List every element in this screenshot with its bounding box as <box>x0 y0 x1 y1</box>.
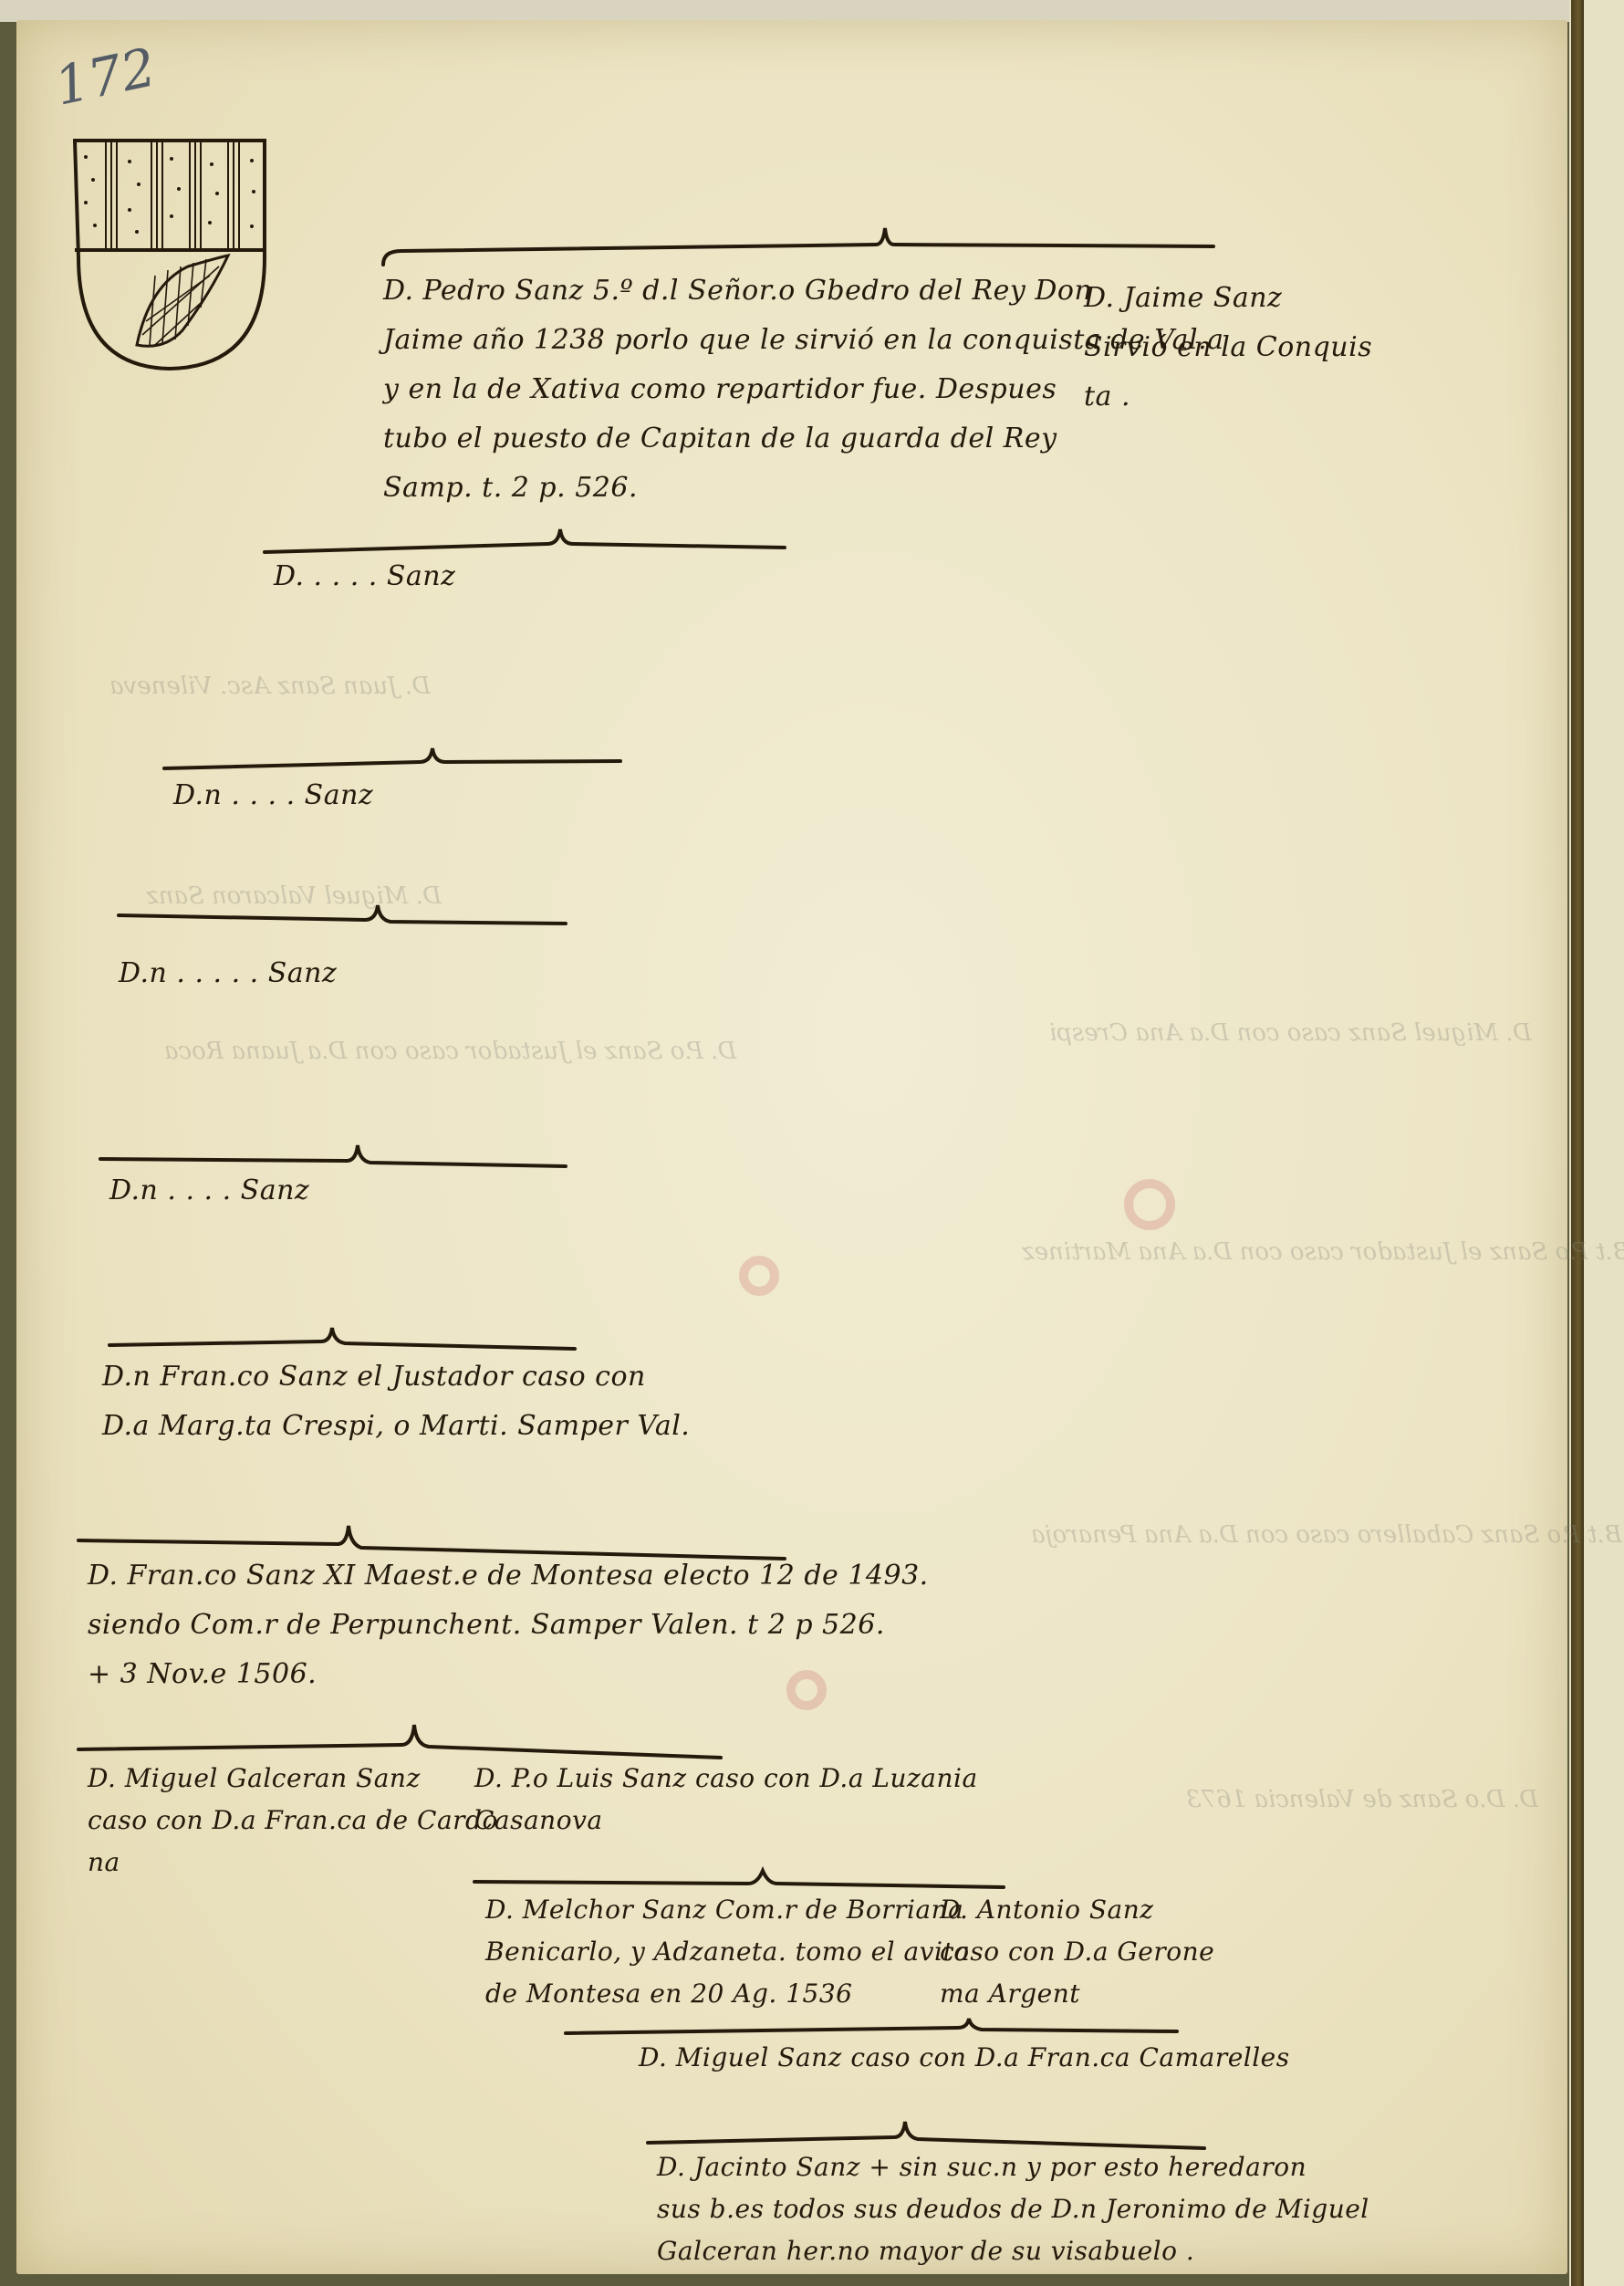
entry-jaime-sanz: D. Jaime SanzSirvió en la Conquista . <box>1084 274 1372 422</box>
entry-antonio: D. Antonio Sanzcaso con D.a Geronema Arg… <box>940 1889 1214 2015</box>
entry-melchor: D. Melchor Sanz Com.r de BorrianaBenicar… <box>485 1889 970 2015</box>
entry-miguel-camarelles: D. Miguel Sanz caso con D.a Fran.ca Cama… <box>639 2037 1290 2079</box>
entry-pedro-luis: D. P.o Luis Sanz caso con D.a LuzaniaCas… <box>474 1758 978 1842</box>
entry-jacinto: D. Jacinto Sanz + sin suc.n y por esto h… <box>657 2146 1369 2272</box>
red-stain <box>739 1256 779 1296</box>
bleed-through-text: D. D.o Sanz de Valencia 1673 <box>1186 1780 1538 1820</box>
bleed-through-text: D. Miguel Sanz caso con D.a Ana Crespi <box>1049 1013 1532 1053</box>
bleed-through-text: D. Juan Sanz Asc. Vileneva <box>109 666 431 706</box>
bleed-through-text: D. B.t P.o Sanz el Justador caso con D.a… <box>1022 1232 1624 1272</box>
entry-generation-4: D.n . . . . . Sanz <box>119 949 337 998</box>
entry-francisco-montesa: D. Fran.co Sanz XI Maest.e de Montesa el… <box>88 1551 929 1699</box>
red-stain <box>1124 1179 1175 1230</box>
entry-generation-2: D. . . . . Sanz <box>274 552 455 601</box>
entry-miguel-galceran: D. Miguel Galceran Sanzcaso con D.a Fran… <box>88 1758 498 1884</box>
entry-generation-3: D.n . . . . Sanz <box>173 771 373 820</box>
bleed-through-text: D. Miguel Valcaron Sanz <box>146 876 442 916</box>
entry-francisco-justador: D.n Fran.co Sanz el Justador caso conD.a… <box>102 1352 690 1451</box>
entry-generation-5: D.n . . . . Sanz <box>109 1166 309 1216</box>
bleed-through-text: D. B.t P.o Sanz Caballero caso con D.a A… <box>1031 1515 1624 1555</box>
bleed-through-text: D. P.o Sanz el Justador caso con D.a Jua… <box>164 1031 736 1071</box>
